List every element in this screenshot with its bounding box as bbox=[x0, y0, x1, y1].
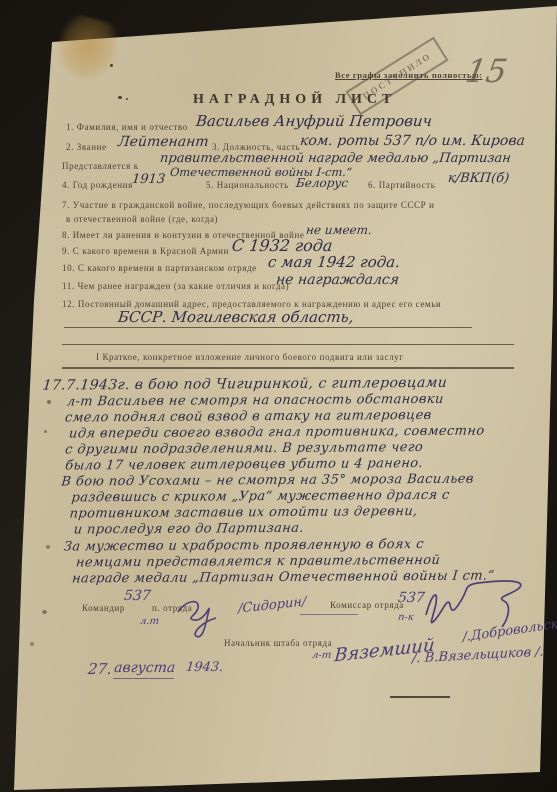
presented-for-label: Представляется к bbox=[62, 161, 139, 171]
narrative-line: было 17 человек гитлеровцев убито и 4 ра… bbox=[65, 456, 424, 474]
field-10-value: с мая 1942 года. bbox=[267, 253, 401, 271]
field-10-label: 10. С какого времени в партизанском отря… bbox=[62, 263, 257, 273]
commander-signature bbox=[172, 592, 248, 644]
field-7-label-line2: в отечественной войне (где, когда) bbox=[66, 214, 218, 224]
field-1-label: 1. Фамилия, имя и отчество bbox=[66, 122, 188, 132]
field-2-value: Лейтенант bbox=[117, 134, 209, 150]
field-6-label: 6. Партийность bbox=[368, 180, 435, 190]
field-11-value: не награждался bbox=[275, 272, 400, 288]
chief-of-staff-rank: л-т bbox=[311, 650, 331, 661]
paper-speck bbox=[44, 430, 47, 433]
field-1-value: Васильев Ануфрий Петрович bbox=[195, 112, 433, 130]
paper-speck bbox=[42, 610, 47, 614]
address-underline bbox=[64, 327, 472, 328]
commander-unit-number: 537 bbox=[123, 588, 151, 604]
narrative-line: противником заставив их отойти из деревн… bbox=[69, 504, 419, 521]
section-rule-top bbox=[62, 344, 514, 345]
narrative-line: раздевшись с криком „Ура“ мужественно др… bbox=[71, 488, 451, 506]
section-rule-bottom bbox=[62, 367, 514, 369]
narrative-block: 17.7.1943г. в бою под Чигиринкой, с гитл… bbox=[0, 0, 557, 2]
signature-dash bbox=[300, 614, 358, 615]
field-5-label: 5. Национальность bbox=[206, 180, 289, 190]
field-9-label: 9. С какого времени в Красной Армии bbox=[62, 246, 229, 256]
corner-page-number: 15 bbox=[463, 52, 510, 90]
narrative-line: За мужество и храбрость проявленную в бо… bbox=[63, 537, 425, 555]
paper-speck bbox=[118, 96, 122, 99]
chief-of-staff-label: Начальник штаба отряда bbox=[224, 638, 332, 648]
field-3-value: ком. роты 537 п/о им. Кирова bbox=[299, 133, 526, 149]
section-heading: I Краткое, конкретное изложение личного … bbox=[96, 352, 404, 362]
commissar-rank: п-к bbox=[397, 612, 414, 623]
narrative-line: 17.7.1943г. в бою под Чигиринкой, с гитл… bbox=[42, 375, 448, 394]
paper-speck bbox=[126, 98, 128, 100]
paper-speck bbox=[30, 642, 34, 646]
field-7-label-line1: 7. Участие в гражданской войне, последую… bbox=[62, 200, 435, 210]
field-2-label: 2. Звание bbox=[66, 142, 107, 152]
field-5-value: Белорус bbox=[295, 176, 349, 190]
date-day: 27. bbox=[87, 660, 113, 678]
field-8-value: не имеет. bbox=[305, 223, 372, 237]
date-month: августа bbox=[113, 660, 176, 679]
paper-speck bbox=[110, 64, 113, 67]
commissar-label: Комиссар отряда bbox=[330, 600, 404, 610]
date-year: 1943. bbox=[185, 660, 224, 675]
narrative-line: смело поднял свой взвод в атаку на гитле… bbox=[64, 408, 432, 426]
narrative-line: немцами представляется к правительственн… bbox=[75, 553, 441, 571]
bottom-short-line bbox=[390, 696, 450, 698]
paper-speck bbox=[47, 400, 51, 404]
scanned-award-sheet: Все графы заполнить полностью: ПОСТУПИЛО… bbox=[0, 0, 557, 792]
field-4-label: 4. Год рождения bbox=[62, 180, 133, 190]
field-4-value: 1913 bbox=[131, 172, 166, 187]
field-11-label: 11. Чем ранее награжден (за какие отличи… bbox=[62, 281, 289, 291]
narrative-line: В бою под Усохами – не смотря на 35° мор… bbox=[61, 472, 475, 490]
field-6-value: к/ВКП(б) bbox=[447, 171, 510, 186]
commander-rank: л.т bbox=[139, 616, 159, 627]
field-12-value: БССР. Могилевская область, bbox=[117, 308, 355, 326]
narrative-line: с другими подразделениями. В результате … bbox=[64, 440, 423, 458]
narrative-line: л-т Васильев не смотря на опасность обст… bbox=[66, 392, 444, 410]
commander-label: Командир bbox=[82, 603, 125, 613]
narrative-line: идя впереди своего взвода гнал противник… bbox=[68, 424, 485, 442]
document-title: НАГРАДНОЙ ЛИСТ bbox=[193, 92, 396, 108]
paper-speck bbox=[46, 545, 50, 549]
presented-for-value: правительственной награде медалью „Парти… bbox=[159, 151, 511, 166]
narrative-line: и проследуя его до Партизана. bbox=[73, 521, 305, 538]
